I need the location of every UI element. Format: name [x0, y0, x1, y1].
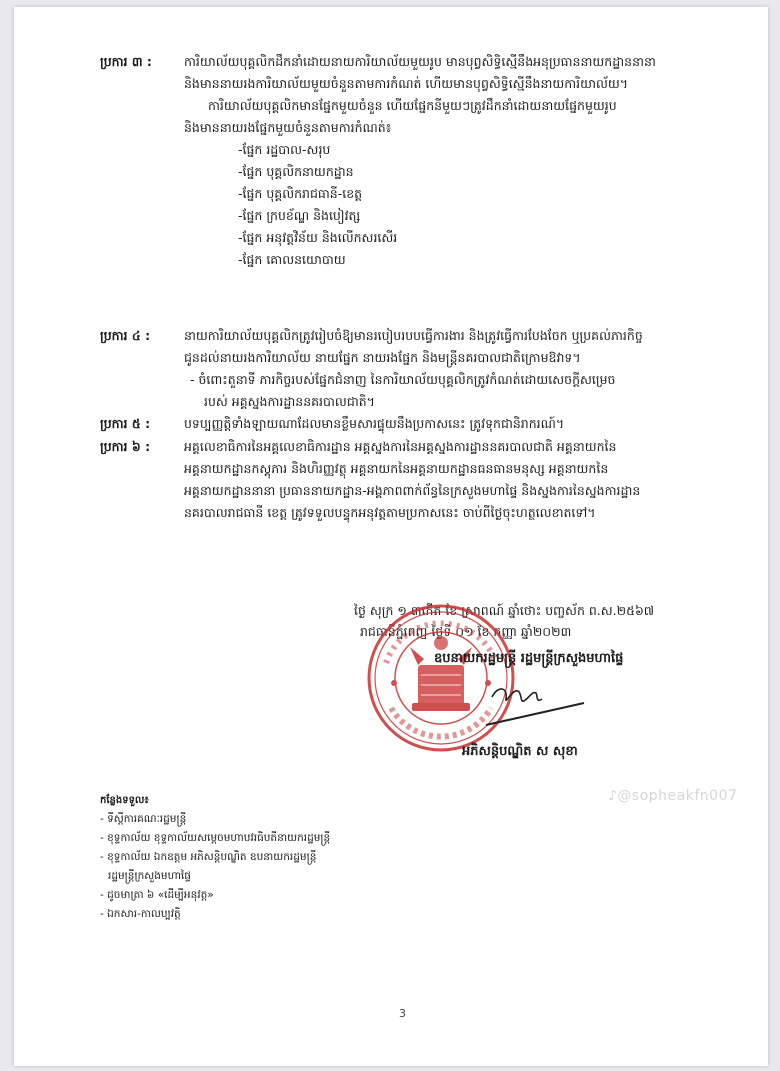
section-item: -ផ្នែក បុគ្គលិកនាយកដ្ឋាន	[184, 161, 700, 183]
article-line: - ចំពោះតួនាទី ភារកិច្ចរបស់ផ្នែកជំនាញ នៃក…	[184, 369, 700, 391]
watermark: ♪@sopheakfn007	[608, 788, 737, 804]
signatory-name: អភិសន្តិបណ្ឌិត ស សុខា	[462, 743, 578, 762]
document-page: ប្រការ ៣ : ការិយាល័យបុគ្គលិកដឹកនាំដោយនាយ…	[14, 7, 768, 1066]
article-line: និងមាននាយរងការិយាល័យមួយចំនួនតាមការកំណត់ …	[184, 73, 700, 95]
official-seal-icon	[366, 603, 516, 753]
article-line: អគ្គលេខាធិការនៃអគ្គលេខាធិការដ្ឋាន អគ្គស្…	[184, 436, 700, 458]
article-line: អគ្គនាយកដ្ឋាននានា ប្រធាននាយកដ្ឋាន-អង្គភា…	[184, 480, 700, 502]
article-line: ជូនដល់នាយរងការិយាល័យ នាយផ្នែក នាយរងផ្នែក…	[184, 347, 700, 369]
article-line: ការិយាល័យបុគ្គលិកដឹកនាំដោយនាយការិយាល័យមួ…	[184, 51, 700, 73]
article-6: ប្រការ ៦ : អគ្គលេខាធិការនៃអគ្គលេខាធិការដ…	[100, 436, 700, 524]
article-label: ប្រការ ៤ :	[100, 325, 150, 347]
recipients-list: កន្លែងទទួល៖ - ទីស្តីការគណៈរដ្ឋមន្ត្រី - …	[100, 791, 330, 924]
article-4: ប្រការ ៤ : នាយការិយាល័យបុគ្គលិកត្រូវរៀបច…	[100, 325, 700, 413]
section-item: -ផ្នែក អនុវត្តវិន័យ និងលើកសរសើរ	[184, 227, 700, 249]
article-line: របស់ អគ្គស្នងការដ្ឋាននគរបាលជាតិ។	[184, 391, 700, 413]
recipient-item: - ដូចមាត្រា ៦ «ដើម្បីអនុវត្ត»	[100, 886, 330, 905]
signatory-title: ឧបនាយករដ្ឋមន្ត្រី រដ្ឋមន្ត្រីក្រសួងមហាផ្…	[434, 650, 623, 669]
article-5: ប្រការ ៥ : បទប្បញ្ញត្តិទាំងឡាយណាដែលមានខ្…	[100, 413, 700, 435]
article-label: ប្រការ ៦ :	[100, 436, 150, 458]
article-label: ប្រការ ៥ :	[100, 413, 150, 435]
article-line: អគ្គនាយកដ្ឋានកស្ដុភារ និងហិរញ្ញវត្ថុ អគ្…	[184, 458, 700, 480]
recipients-title: កន្លែងទទួល៖	[100, 791, 330, 810]
article-3: ប្រការ ៣ : ការិយាល័យបុគ្គលិកដឹកនាំដោយនាយ…	[100, 51, 700, 271]
section-item: -ផ្នែក គោលនយោបាយ	[184, 249, 700, 271]
signature-icon	[484, 679, 594, 729]
recipient-item: - ទីស្តីការគណៈរដ្ឋមន្ត្រី	[100, 810, 330, 829]
article-line: នាយការិយាល័យបុគ្គលិកត្រូវរៀបចំឱ្យមានរបៀប…	[184, 325, 700, 347]
recipient-item: - ខុទ្ទកាល័យ ខុទ្ទកាល័យសម្តេចមហាបវរធិបតី…	[100, 829, 330, 848]
article-line: បទប្បញ្ញត្តិទាំងឡាយណាដែលមានខ្លឹមសារផ្ទុយ…	[184, 413, 700, 435]
section-item: -ផ្នែក បុគ្គលិករាជធានី-ខេត្ត	[184, 183, 700, 205]
article-line: នគរបាលរាជធានី ខេត្ត ត្រូវទទួលបន្ទុកអនុវត…	[184, 502, 700, 524]
article-label: ប្រការ ៣ :	[100, 51, 152, 73]
article-line: ការិយាល័យបុគ្គលិកមានផ្នែកមួយចំនួន ហើយផ្ន…	[184, 95, 700, 117]
recipient-item: - ឯកសារ-កាលប្បវត្តិ	[100, 905, 330, 924]
section-item: -ផ្នែក ក្របខ័ណ្ឌ និងបៀវត្ស	[184, 205, 700, 227]
section-item: -ផ្នែក រដ្ឋបាល-សរុប	[184, 139, 700, 161]
recipient-item: - ខុទ្ទកាល័យ ឯកឧត្តម អភិសន្តិបណ្ឌិត ឧបនា…	[100, 848, 330, 867]
page-number: 3	[399, 1007, 406, 1020]
article-line: និងមាននាយរងផ្នែកមួយចំនួនតាមការកំណត់៖	[184, 117, 700, 139]
recipient-item: រដ្ឋមន្ត្រីក្រសួងមហាផ្ទៃ	[100, 867, 330, 886]
